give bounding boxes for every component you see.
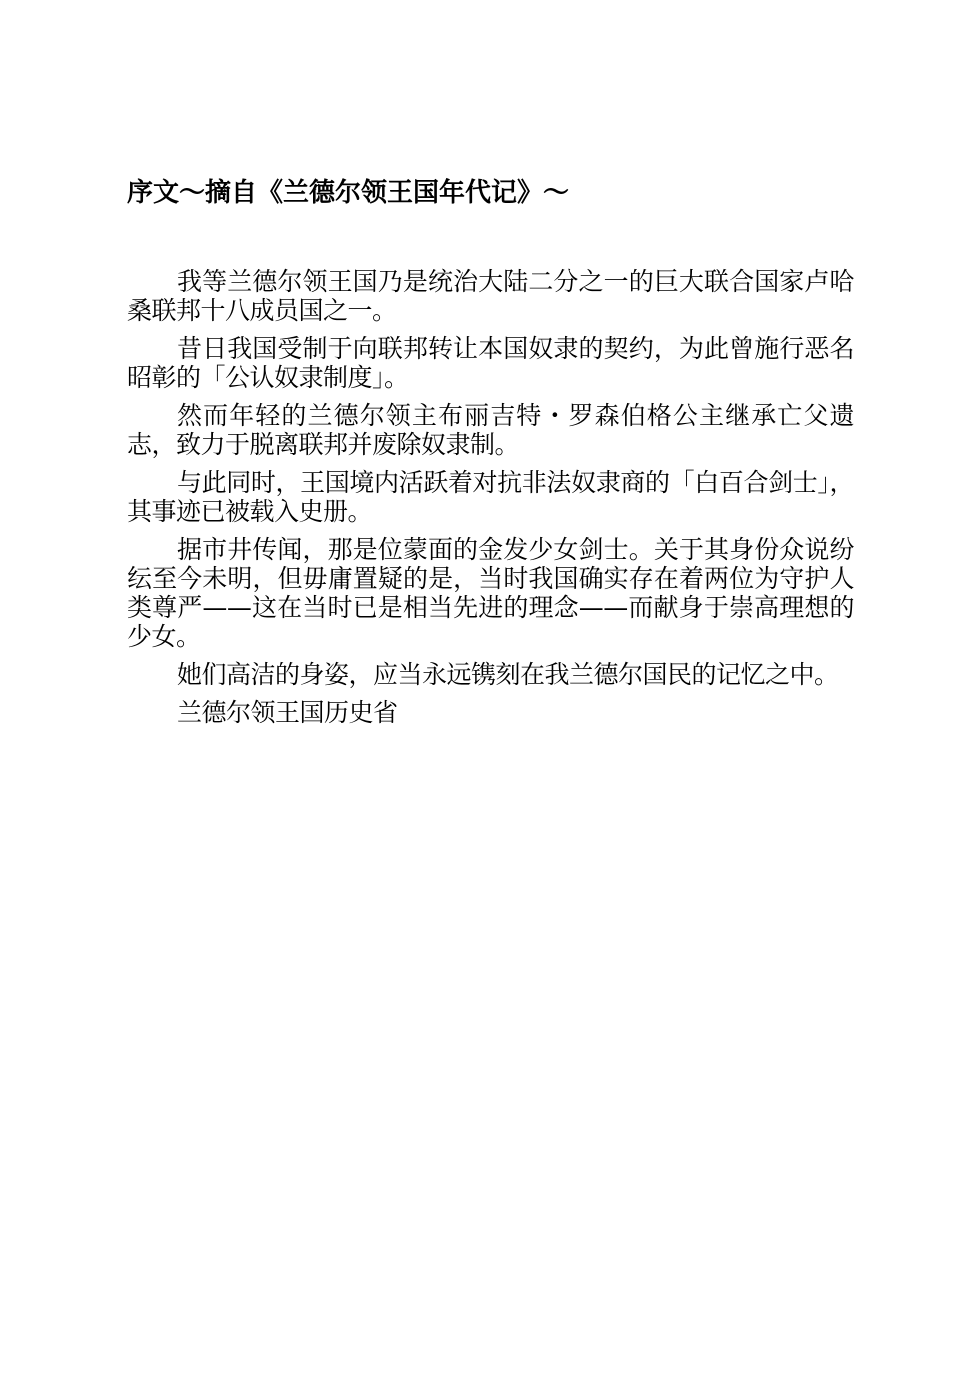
signature-line: 兰德尔领王国历史省 — [127, 698, 854, 727]
paragraph: 与此同时，王国境内活跃着对抗非法奴隶商的「白百合剑士」，其事迹已被载入史册。 — [127, 468, 854, 526]
paragraph: 昔日我国受制于向联邦转让本国奴隶的契约，为此曾施行恶名昭彰的「公认奴隶制度」。 — [127, 334, 854, 392]
paragraph: 据市井传闻，那是位蒙面的金发少女剑士。关于其身份众说纷纭至今未明，但毋庸置疑的是… — [127, 535, 854, 651]
document-body: 我等兰德尔领王国乃是统治大陆二分之一的巨大联合国家卢哈桑联邦十八成员国之一。 昔… — [127, 267, 854, 736]
paragraph: 然而年轻的兰德尔领主布丽吉特・罗森伯格公主继承亡父遗志，致力于脱离联邦并废除奴隶… — [127, 401, 854, 459]
document-title: 序文～摘自《兰德尔领王国年代记》～ — [127, 176, 569, 210]
paragraph: 她们高洁的身姿，应当永远镌刻在我兰德尔国民的记忆之中。 — [127, 660, 854, 689]
paragraph: 我等兰德尔领王国乃是统治大陆二分之一的巨大联合国家卢哈桑联邦十八成员国之一。 — [127, 267, 854, 325]
